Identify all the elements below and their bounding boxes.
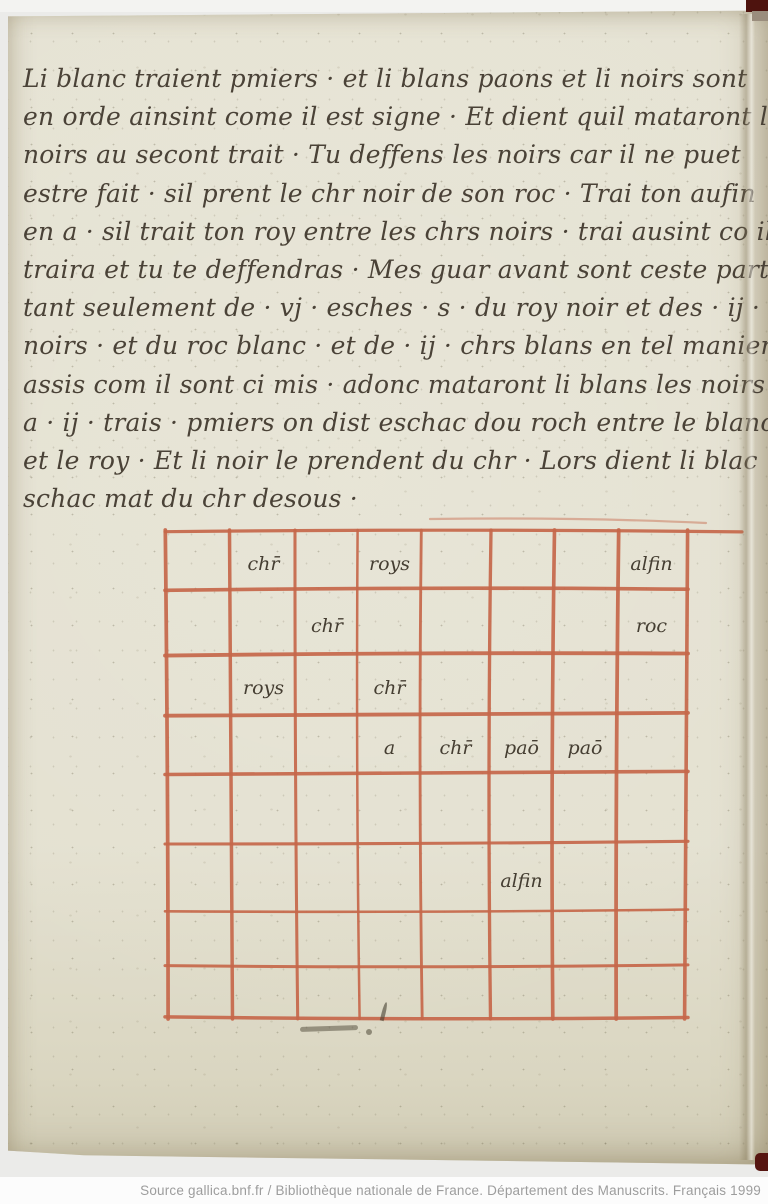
board-piece-label: roys bbox=[243, 677, 284, 699]
manuscript-line: tant seulement de · vj · esches · s · du… bbox=[23, 289, 752, 327]
manuscript-line: en a · sil trait ton roy entre les chrs … bbox=[23, 213, 752, 251]
binding-edge-top-under bbox=[752, 11, 768, 21]
board-piece-label: chr̄ bbox=[374, 677, 406, 699]
board-piece-label: chr̄ bbox=[440, 737, 472, 759]
manuscript-line: noirs au secont trait · Tu deffens les n… bbox=[23, 136, 752, 174]
manuscript-line: schac mat du chr desous · bbox=[23, 480, 752, 518]
board-piece-label: paō bbox=[504, 737, 539, 759]
gallica-source-bar: Source gallica.bnf.fr / Bibliothèque nat… bbox=[0, 1177, 768, 1204]
board-piece-label: alfin bbox=[630, 553, 672, 575]
board-piece-label: roc bbox=[636, 615, 667, 637]
source-credit-text: Source gallica.bnf.fr / Bibliothèque nat… bbox=[140, 1183, 761, 1198]
manuscript-line: estre fait · sil prent le chr noir de so… bbox=[23, 175, 752, 213]
parchment-page: Li blanc traient pmiers · et li blans pa… bbox=[8, 10, 768, 1168]
manuscript-line: noirs · et du roc blanc · et de · ij · c… bbox=[23, 327, 752, 365]
manuscript-line: traira et tu te deffendras · Mes guar av… bbox=[23, 251, 752, 289]
manuscript-line: et le roy · Et li noir le prendent du ch… bbox=[23, 442, 752, 480]
board-piece-label: roys bbox=[369, 553, 410, 575]
board-piece-label: alfin bbox=[500, 870, 542, 892]
ink-dot bbox=[366, 1029, 372, 1035]
board-piece-label: chr̄ bbox=[311, 615, 343, 637]
manuscript-text-block: Li blanc traient pmiers · et li blans pa… bbox=[23, 60, 752, 518]
scan-background-strip bbox=[0, 0, 768, 12]
binding-edge-bottom bbox=[755, 1153, 768, 1171]
manuscript-line: a · ij · trais · pmiers on dist eschac d… bbox=[23, 404, 752, 442]
manuscript-line: en orde ainsint come il est signe · Et d… bbox=[23, 98, 752, 136]
manuscript-line: Li blanc traient pmiers · et li blans pa… bbox=[23, 60, 752, 98]
manuscript-scan-page: Li blanc traient pmiers · et li blans pa… bbox=[0, 0, 768, 1204]
manuscript-line: assis com il sont ci mis · adonc mataron… bbox=[23, 366, 752, 404]
board-piece-label: a bbox=[384, 737, 395, 759]
board-piece-label: chr̄ bbox=[248, 553, 280, 575]
board-piece-label: paō bbox=[568, 737, 603, 759]
